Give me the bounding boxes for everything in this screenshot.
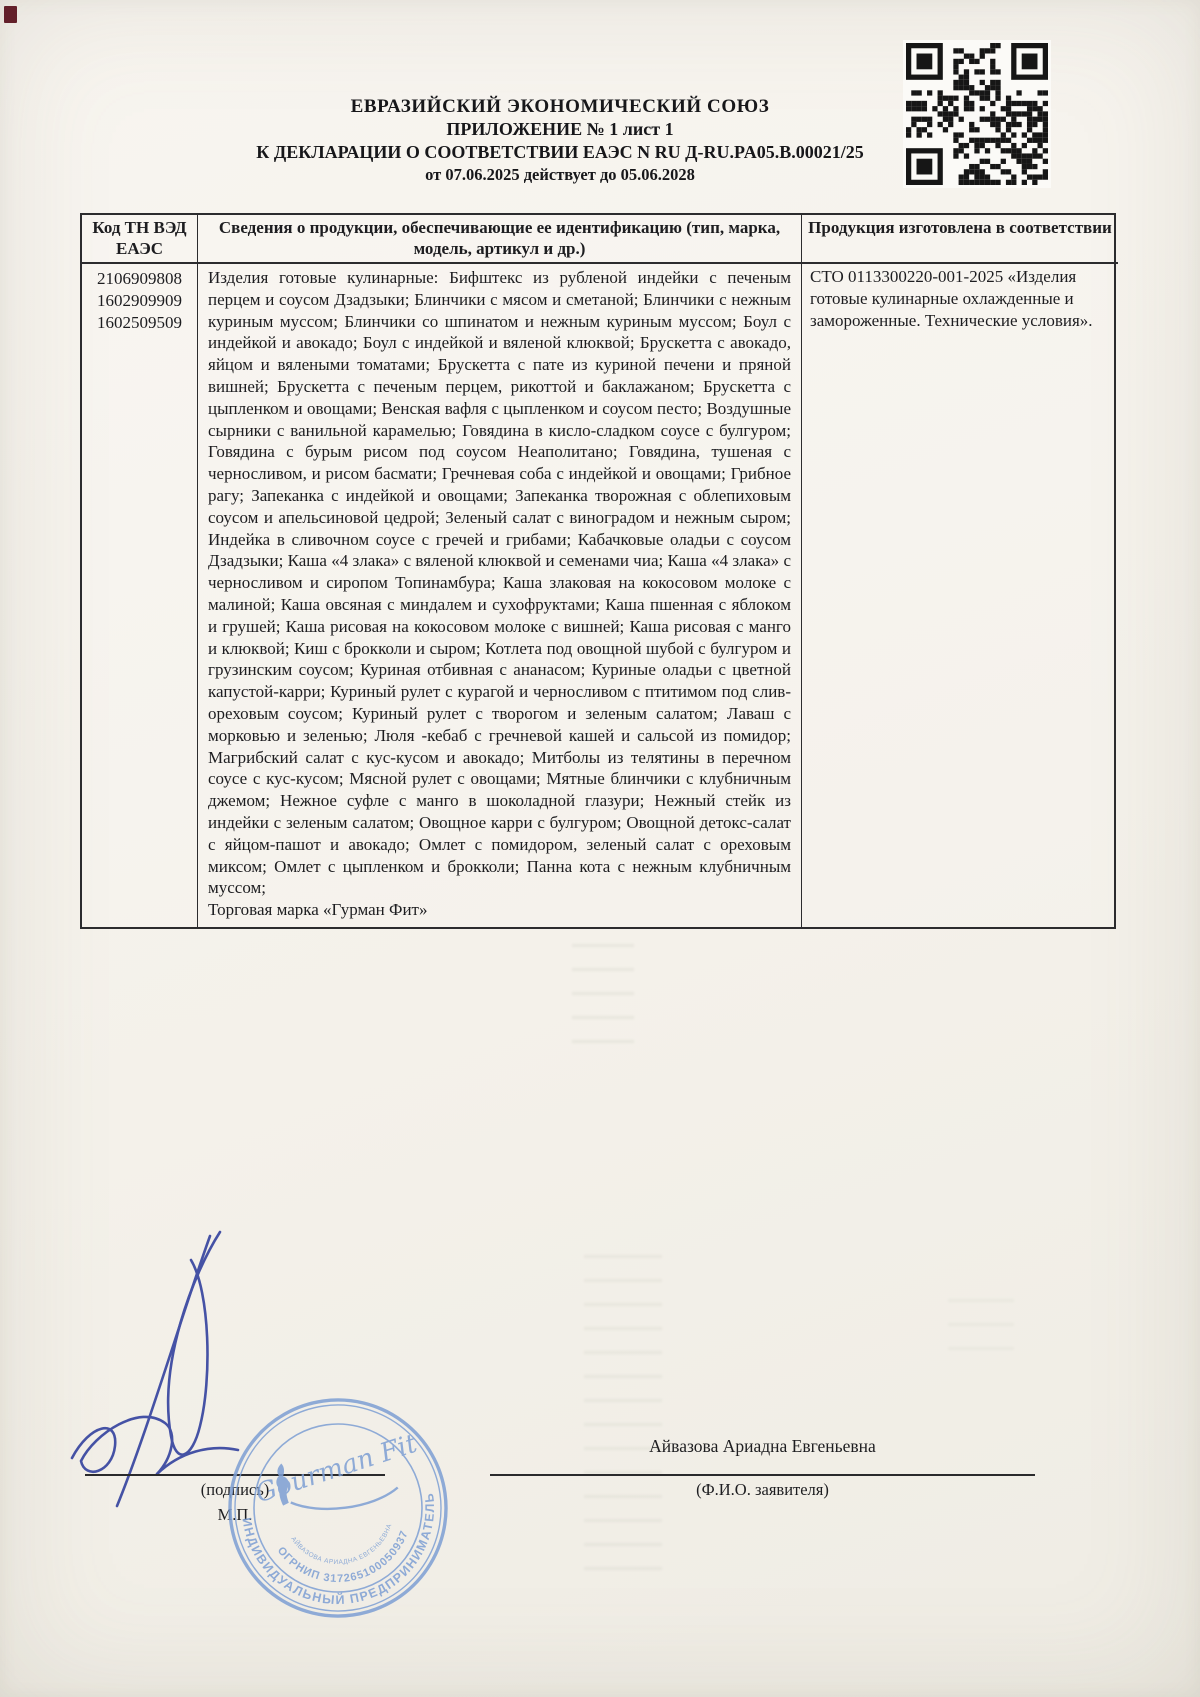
bleed-through-marks [948,1288,1014,1350]
header-cell-standard: Продукция изготовлена в соответствии [802,215,1118,264]
trademark-line: Торговая марка «Гурман Фит» [208,899,791,921]
bleed-through-marks [584,1252,662,1570]
svg-text:ИНДИВИДУАЛЬНЫЙ ПРЕДПРИНИМАТЕЛЬ: ИНДИВИДУАЛЬНЫЙ ПРЕДПРИНИМАТЕЛЬ [239,1491,450,1620]
tnved-code-list: 2106909808 1602909909 1602509509 [82,264,198,927]
tnved-code: 1602909909 [90,290,189,312]
stamp-brand-text: Gourman Fit [252,1429,421,1509]
product-description: Изделия готовые кулинарные: Бифштекс из … [208,267,791,899]
stamp-outer-text: ИНДИВИДУАЛЬНЫЙ ПРЕДПРИНИМАТЕЛЬ [239,1491,450,1620]
name-line [490,1474,1035,1476]
scan-artifact-mark [4,6,17,23]
tnved-code: 1602509509 [90,312,189,334]
applicant-name-caption: (Ф.И.О. заявителя) [490,1480,1035,1500]
company-round-stamp: ИНДИВИДУАЛЬНЫЙ ПРЕДПРИНИМАТЕЛЬ ОГРНИП 31… [207,1377,469,1639]
header-cell-product-info: Сведения о продукции, обеспечивающие ее … [198,215,802,264]
product-table: Код ТН ВЭД ЕАЭС Сведения о продукции, об… [80,213,1116,929]
standard-reference: СТО 0113300220-001-2025 «Изделия готовые… [802,264,1118,927]
header-cell-tnved-code: Код ТН ВЭД ЕАЭС [82,215,198,264]
document-page: { "header": { "line1": "ЕВРАЗИЙСКИЙ ЭКОН… [0,0,1200,1697]
tnved-code: 2106909808 [90,268,189,290]
applicant-name: Айвазова Ариадна Евгеньевна [490,1436,1035,1457]
product-info-cell: Изделия готовые кулинарные: Бифштекс из … [198,264,802,927]
qr-code [903,40,1051,188]
bleed-through-marks [572,925,634,1043]
